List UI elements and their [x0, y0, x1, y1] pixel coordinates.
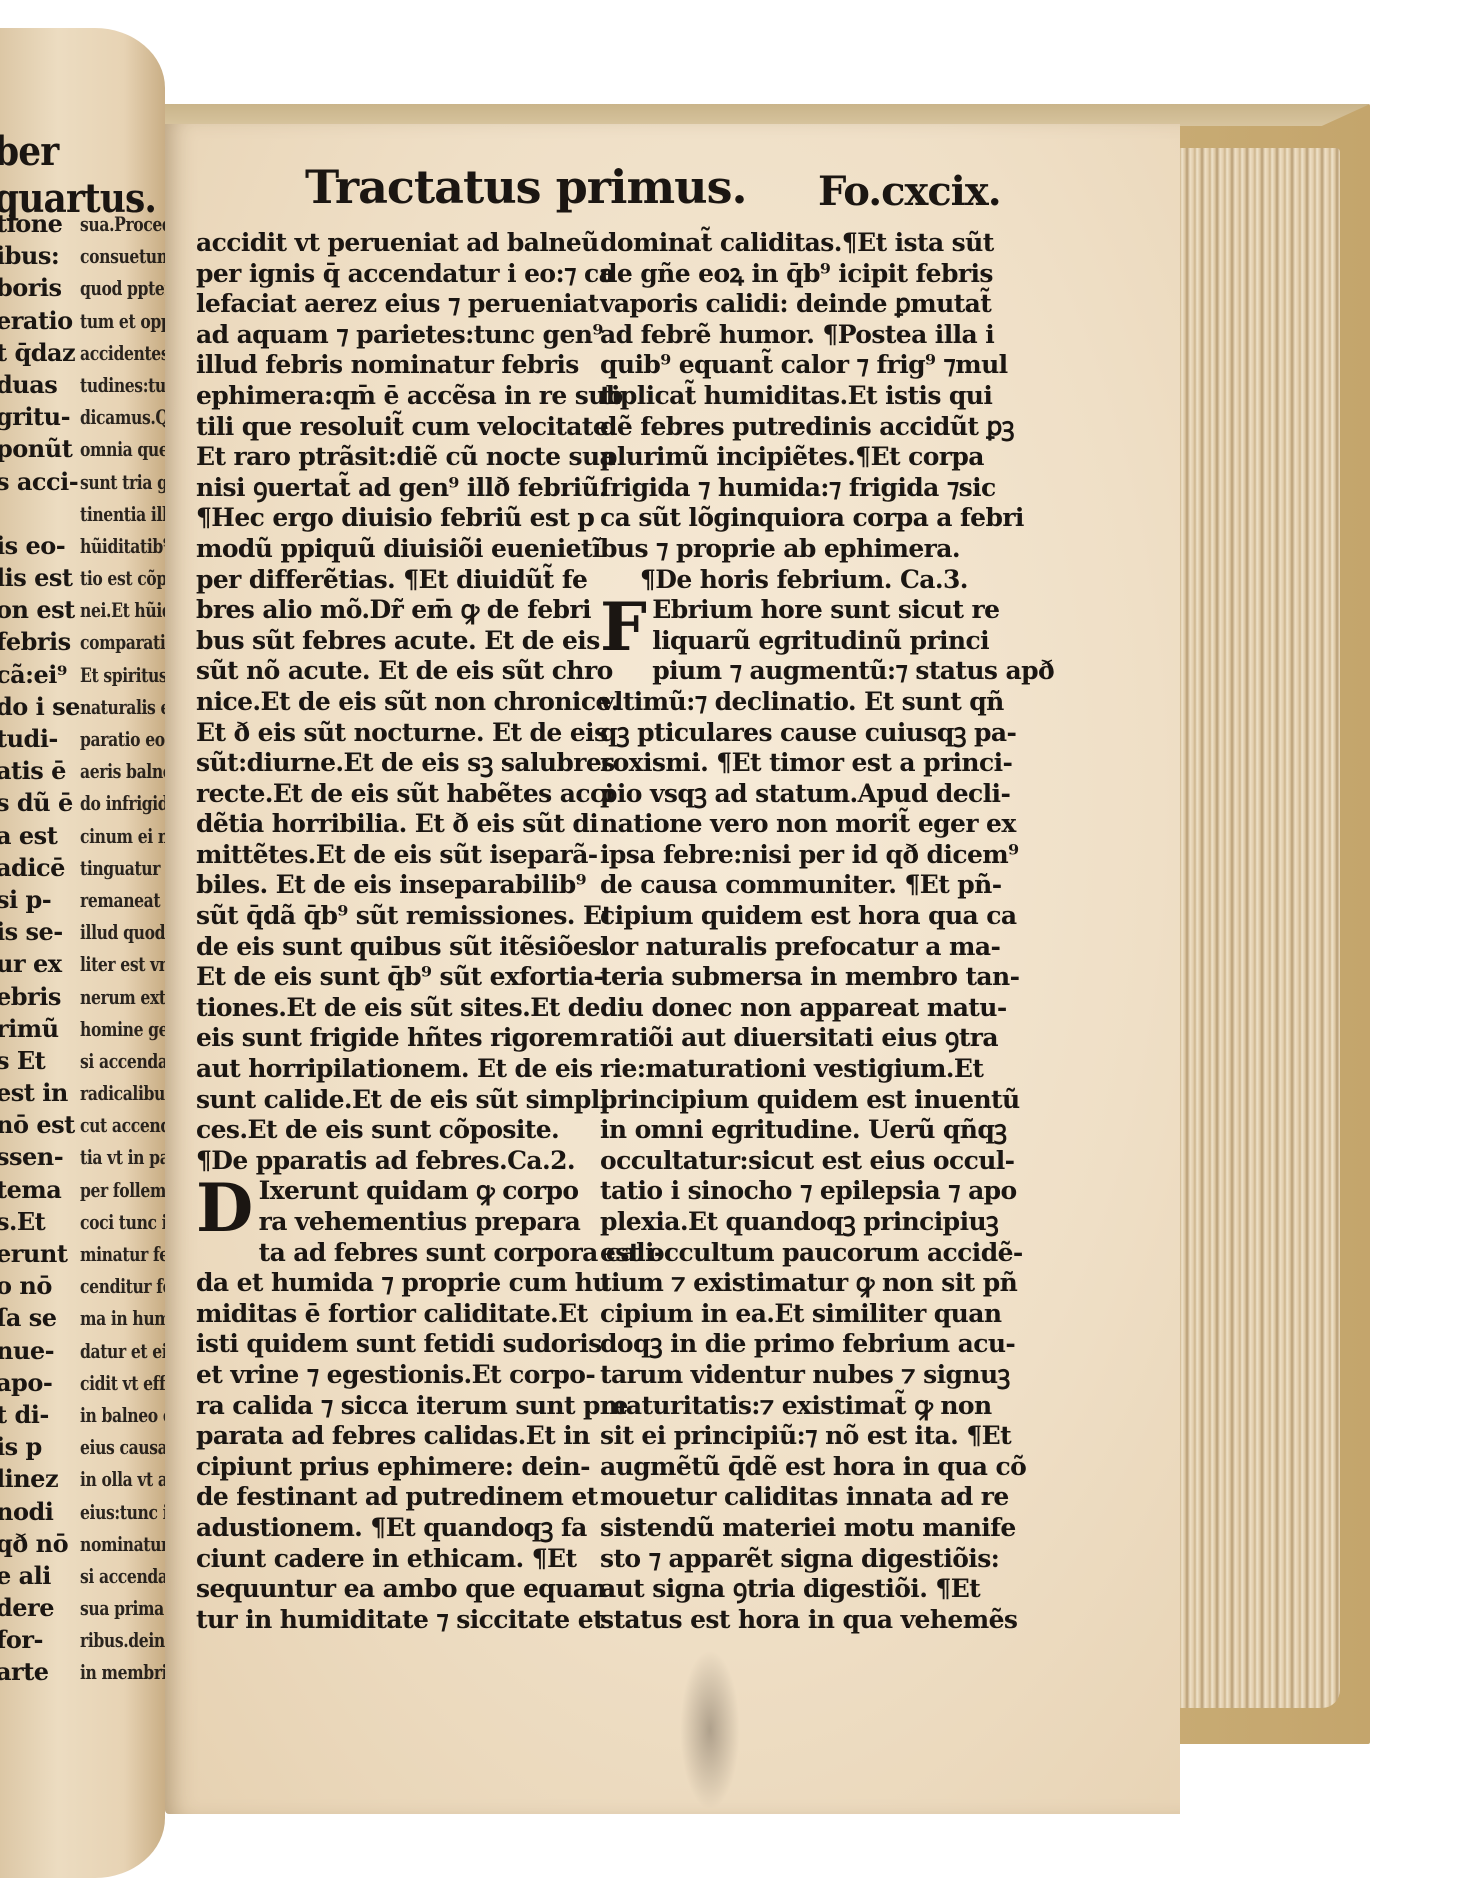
text-line: linez [0, 1463, 80, 1495]
text-line: homine genus [80, 1013, 165, 1045]
text-line: frigida ⁊ humida:⁊ frigida ⁊sic [600, 473, 1010, 504]
text-line: tia vt in parie [80, 1141, 165, 1173]
text-line: ra calida ⁊ sicca iterum sunt pre [196, 1391, 556, 1422]
text-line: tinentia illud [80, 498, 165, 530]
text-line: tiones.Et de eis sũt sites.Et de [196, 993, 556, 1024]
text-line: do infrigidatur [80, 787, 165, 819]
text-line: ephimera:qm̄ ē accẽsa in re sub [196, 381, 556, 412]
text-line: pium ⁊ augmentũ:⁊ status apð [600, 656, 1010, 687]
text-line: roxismi. ¶Et timor est a princi- [600, 748, 1010, 779]
text-column-a: accidit vt perueniat ad balneũper ignis … [196, 228, 556, 1635]
text-line: sunt tria gene [80, 466, 165, 498]
drop-cap-initial: F [600, 597, 646, 657]
chapter-3-body: F Ebrium hore sunt sicut reliquarũ egrit… [600, 595, 1010, 1635]
text-line: qð nō [0, 1528, 80, 1560]
text-line: e ali [0, 1560, 80, 1592]
text-line: s.Et [0, 1206, 80, 1238]
text-line: mouetur caliditas innata ad re [600, 1482, 1010, 1513]
text-line: tarum videntur nubes ⁊ signuꝫ [600, 1360, 1010, 1391]
running-title: Tractatus primus. [305, 160, 747, 214]
text-line: aut horripilationem. Et de eis [196, 1054, 556, 1085]
text-line: sto ⁊ apparẽt signa digestiõis: [600, 1544, 1010, 1575]
text-line: quib⁹ equant̃ calor ⁊ frig⁹ ⁊mul [600, 350, 1010, 381]
text-line: si accendatur f [80, 1560, 165, 1592]
text-line: is se- [0, 916, 80, 948]
text-line: sistendũ materiei motu manife [600, 1513, 1010, 1544]
text-line: cipium in ea.Et similiter quan [600, 1299, 1010, 1330]
text-line: lor naturalis prefocatur a ma- [600, 932, 1010, 963]
text-line: sũt q̄dã q̄b⁹ sũt remissiones. Et [196, 901, 556, 932]
text-line: maturitatis:⁊ existimat̃ ꝙ non [600, 1391, 1010, 1422]
text-line: de gñe eoꝝ in q̄b⁹ icipit febris [600, 259, 1010, 290]
text-line: ſa se [0, 1302, 80, 1334]
folio-number: Fo.cxcix. [818, 168, 1001, 215]
text-line: ipsa febre:nisi per id qð dicem⁹ [600, 840, 1010, 871]
text-line: cidit vt effund [80, 1367, 165, 1399]
text-line: adicē [0, 852, 80, 884]
text-line: hũiditatib⁹ [80, 530, 165, 562]
text-line: si accendatur [80, 1045, 165, 1077]
text-line: erunt [0, 1238, 80, 1270]
text-line: tudi- [0, 723, 80, 755]
text-line: tinguatur im [80, 852, 165, 884]
text-line: principium quidem est inuentũ [600, 1085, 1010, 1116]
text-line: dẽ febres putredinis accidũt ꝑꝫ [600, 412, 1010, 443]
text-line: Et spiritus a [80, 659, 165, 691]
text-line: parata ad febres calidas.Et in [196, 1421, 556, 1452]
text-line: eius:tunc illud [80, 1496, 165, 1528]
text-line: est occultum paucorum accidẽ- [600, 1238, 1010, 1269]
text-line: atis ē [0, 755, 80, 787]
text-line: tatio i sinocho ⁊ epilepsia ⁊ apo [600, 1176, 1010, 1207]
text-line: Et raro ptrãsit:diẽ cũ nocte sua [196, 442, 556, 473]
text-line: illud quod ei [80, 916, 165, 948]
text-line: ssen- [0, 1141, 80, 1173]
text-line: per ignis q̄ accendatur i eo:⁊ ca [196, 259, 556, 290]
ink-offset-stain [680, 1650, 740, 1810]
text-line: miditas ē fortior caliditate.Et [196, 1299, 556, 1330]
text-line: coci tunc illud [80, 1206, 165, 1238]
text-line: consuetum est. [80, 240, 165, 272]
text-line: s dũ ē [0, 787, 80, 819]
text-line: apo- [0, 1367, 80, 1399]
text-line: adustionem. ¶Et quandoqꝫ fa [196, 1513, 556, 1544]
text-line: illud febris nominatur febris [196, 350, 556, 381]
text-line: ma in humidi [80, 1302, 165, 1334]
text-line: tema [0, 1174, 80, 1206]
text-line: Ebrium hore sunt sicut re [600, 595, 1010, 626]
text-line: omnia que sun [80, 433, 165, 465]
text-line: sũt:diurne.Et de eis sꝫ salubres [196, 748, 556, 779]
text-line: ces.Et de eis sunt cõposite. [196, 1115, 556, 1146]
text-line: is eo- [0, 530, 80, 562]
text-line: diu donec non appareat matu- [600, 993, 1010, 1024]
text-line: in olla vt accen [80, 1463, 165, 1495]
column-a-lines: accidit vt perueniat ad balneũper ignis … [196, 228, 556, 1146]
text-line: cut accendit [80, 1109, 165, 1141]
text-line: nō est [0, 1109, 80, 1141]
text-line: tili que resoluit̃ cum velocitate. [196, 412, 556, 443]
text-line: rie:maturationi vestigium.Et [600, 1054, 1010, 1085]
text-line: nei.Et hũidita [80, 594, 165, 626]
text-line [0, 498, 80, 530]
text-line: on est [0, 594, 80, 626]
text-line: eis sunt frigide hñtes rigorem [196, 1023, 556, 1054]
text-line: nice.Et de eis sũt non chronice. [196, 687, 556, 718]
book-board-top-edge [165, 104, 1370, 126]
text-line: est in [0, 1077, 80, 1109]
page-fore-edge [1160, 148, 1340, 1708]
text-line: lefaciat aerez eius ⁊ perueniat [196, 289, 556, 320]
chapter-heading-2: ¶De pparatis ad febres.Ca.2. [196, 1146, 556, 1177]
text-line: occultatur:sicut est eius occul- [600, 1146, 1010, 1177]
text-line: datur et eis [80, 1335, 165, 1367]
text-line: bres alio mõ.Dr̃ em̄ ꝙ de febri [196, 595, 556, 626]
text-line: eius causa [80, 1431, 165, 1463]
text-line: comparatio e [80, 626, 165, 658]
text-line: tione [0, 208, 80, 240]
text-line: minatur febris [80, 1238, 165, 1270]
text-line: ¶Hec ergo diuisio febriũ est p [196, 503, 556, 534]
chapter-2-body: D Ixerunt quidam ꝙ corpora vehementius p… [196, 1176, 556, 1635]
text-line: doqꝫ in die primo febrium acu- [600, 1329, 1010, 1360]
text-line: natione vero non morit̃ eger ex [600, 809, 1010, 840]
text-line: isti quidem sunt fetidi sudoris [196, 1329, 556, 1360]
text-column-b: dominat̃ caliditas.¶Et ista sũtde gñe eo… [600, 228, 1010, 1635]
text-line: sequuntur ea ambo que equan [196, 1574, 556, 1605]
text-line: naturalis et va [80, 691, 165, 723]
text-line: nerum extra q [80, 981, 165, 1013]
text-line: t di- [0, 1399, 80, 1431]
text-line: o nō [0, 1270, 80, 1302]
text-line: nominatur febris [80, 1528, 165, 1560]
text-line: per differẽtias. ¶Et diuidũt̃ fe [196, 565, 556, 596]
text-line: nue- [0, 1335, 80, 1367]
text-line: teria submersa in membro tan- [600, 962, 1010, 993]
text-line: vltimũ:⁊ declinatio. Et sunt qñ [600, 687, 1010, 718]
text-line: duas [0, 369, 80, 401]
text-line: ciunt cadere in ethicam. ¶Et [196, 1544, 556, 1575]
text-line: for- [0, 1624, 80, 1656]
text-line: liter est vnum [80, 948, 165, 980]
text-line: remaneat et re [80, 884, 165, 916]
text-line: arte [0, 1656, 80, 1688]
text-line: sua prima in [80, 1592, 165, 1624]
text-line: s acci- [0, 466, 80, 498]
text-line: vaporis calidi: deinde ꝑmutat̃ [600, 289, 1010, 320]
text-line: in omni egritudine. Uerũ qñqꝫ [600, 1115, 1010, 1146]
text-line: nisi ꝯuertat̃ ad gen⁹ illð febriũ. [196, 473, 556, 504]
text-line: dicamus.Quo [80, 401, 165, 433]
text-line: dere [0, 1592, 80, 1624]
text-line: pio vsqꝫ ad statum.Apud decli- [600, 779, 1010, 810]
text-line: aeris balnei.E [80, 755, 165, 787]
column-b-lines: dominat̃ caliditas.¶Et ista sũtde gñe eo… [600, 228, 1010, 565]
text-line: accidit vt perueniat ad balneũ [196, 228, 556, 259]
text-line: biles. Et de eis inseparabilib⁹ [196, 870, 556, 901]
text-line: tium ⁊ existimatur ꝙ non sit pñ [600, 1268, 1010, 1299]
text-line: ibus: [0, 240, 80, 272]
text-line: modũ ppiquũ diuisiõi euenietĩ [196, 534, 556, 565]
text-line: plurimũ incipiẽtes.¶Et corpa [600, 442, 1010, 473]
text-line: quod ppterea [80, 272, 165, 304]
text-line: cenditur febris [80, 1270, 165, 1302]
text-line: in balneo et [80, 1399, 165, 1431]
text-line: cã:ei⁹ [0, 659, 80, 691]
text-line: de causa communiter. ¶Et pñ- [600, 870, 1010, 901]
text-line: liquarũ egritudinũ princi [600, 626, 1010, 657]
text-line: gritu- [0, 401, 80, 433]
text-line: cipiunt prius ephimere: dein- [196, 1452, 556, 1483]
text-line: do i se [0, 691, 80, 723]
left-page-column-2: sua.Procedamconsuetum est.quod pptereatu… [80, 208, 165, 1689]
text-line: accidentes: [80, 337, 165, 369]
text-line: eratio [0, 305, 80, 337]
text-line: ebris [0, 981, 80, 1013]
text-line: dẽtia horribilia. Et ð eis sũt di [196, 809, 556, 840]
text-line: si p- [0, 884, 80, 916]
text-line: recte.Et de eis sũt habẽtes acci [196, 779, 556, 810]
text-line: ponũt [0, 433, 80, 465]
text-line: qꝫ pticulares cause cuiusqꝫ pa- [600, 718, 1010, 749]
text-line: sunt calide.Et de eis sũt simpli [196, 1085, 556, 1116]
text-line: mittẽtes.Et de eis sũt iseparã- [196, 840, 556, 871]
text-line: cinum ei non o [80, 820, 165, 852]
text-line: aut signa ꝯtria digestiõi. ¶Et [600, 1574, 1010, 1605]
text-line: paratio eorum [80, 723, 165, 755]
text-line: et vrine ⁊ egestionis.Et corpo- [196, 1360, 556, 1391]
text-line: bus sũt febres acute. Et de eis [196, 626, 556, 657]
text-line: boris [0, 272, 80, 304]
text-line: cipium quidem est hora qua ca [600, 901, 1010, 932]
text-line: plexia.Et quandoqꝫ principiuꝫ [600, 1207, 1010, 1238]
text-line: ratiõi aut diuersitati eius ꝯtra [600, 1023, 1010, 1054]
text-line: febris [0, 626, 80, 658]
text-line: in membris [80, 1656, 165, 1688]
text-line: ca sũt lõginquiora corpa a febri [600, 503, 1010, 534]
left-page: ber quartus. tioneibus:boriseratiot q̄da… [0, 28, 165, 1878]
text-line: augmẽtũ q̄dẽ est hora in qua cõ [600, 1452, 1010, 1483]
text-line: ur ex [0, 948, 80, 980]
text-line: rimũ [0, 1013, 80, 1045]
text-line: de festinant ad putredinem et [196, 1482, 556, 1513]
text-line: t q̄daz [0, 337, 80, 369]
text-line: sua.Procedam [80, 208, 165, 240]
chapter-3-lines: Ebrium hore sunt sicut reliquarũ egritud… [600, 595, 1010, 1635]
text-line: tur in humiditate ⁊ siccitate et [196, 1605, 556, 1636]
text-line: s Et [0, 1045, 80, 1077]
text-line: sit ei principiũ:⁊ nõ est ita. ¶Et [600, 1421, 1010, 1452]
text-line: ad febrẽ humor. ¶Postea illa i [600, 320, 1010, 351]
text-line: is p [0, 1431, 80, 1463]
text-line: tudines:tunc [80, 369, 165, 401]
text-line: tiplicat̃ humiditas.Et istis qui [600, 381, 1010, 412]
text-line: status est hora in qua vehemẽs [600, 1605, 1010, 1636]
text-line: per follem fer [80, 1174, 165, 1206]
text-line: nodi [0, 1496, 80, 1528]
text-line: Et ð eis sũt nocturne. Et de eis [196, 718, 556, 749]
text-line: ribus.deinde [80, 1624, 165, 1656]
text-line: tio est cõparatio [80, 562, 165, 594]
text-line: Et de eis sunt q̄b⁹ sũt exfortia- [196, 962, 556, 993]
text-line: tum et oppila [80, 305, 165, 337]
drop-cap-initial: D [196, 1178, 253, 1238]
left-page-column-1: tioneibus:boriseratiot q̄dazduasgritu-po… [0, 208, 80, 1689]
text-line: de eis sunt quibus sũt itẽsiões. [196, 932, 556, 963]
text-line: da et humida ⁊ proprie cum hu [196, 1268, 556, 1299]
text-line: dominat̃ caliditas.¶Et ista sũt [600, 228, 1010, 259]
text-line: ad aquam ⁊ parietes:tunc gen⁹ [196, 320, 556, 351]
text-line: radicalibus ac [80, 1077, 165, 1109]
text-line: bus ⁊ proprie ab ephimera. [600, 534, 1010, 565]
text-line: a est [0, 820, 80, 852]
text-line: lis est [0, 562, 80, 594]
text-line: sũt nõ acute. Et de eis sũt chro [196, 656, 556, 687]
chapter-heading-3: ¶De horis febrium. Ca.3. [600, 565, 1010, 596]
